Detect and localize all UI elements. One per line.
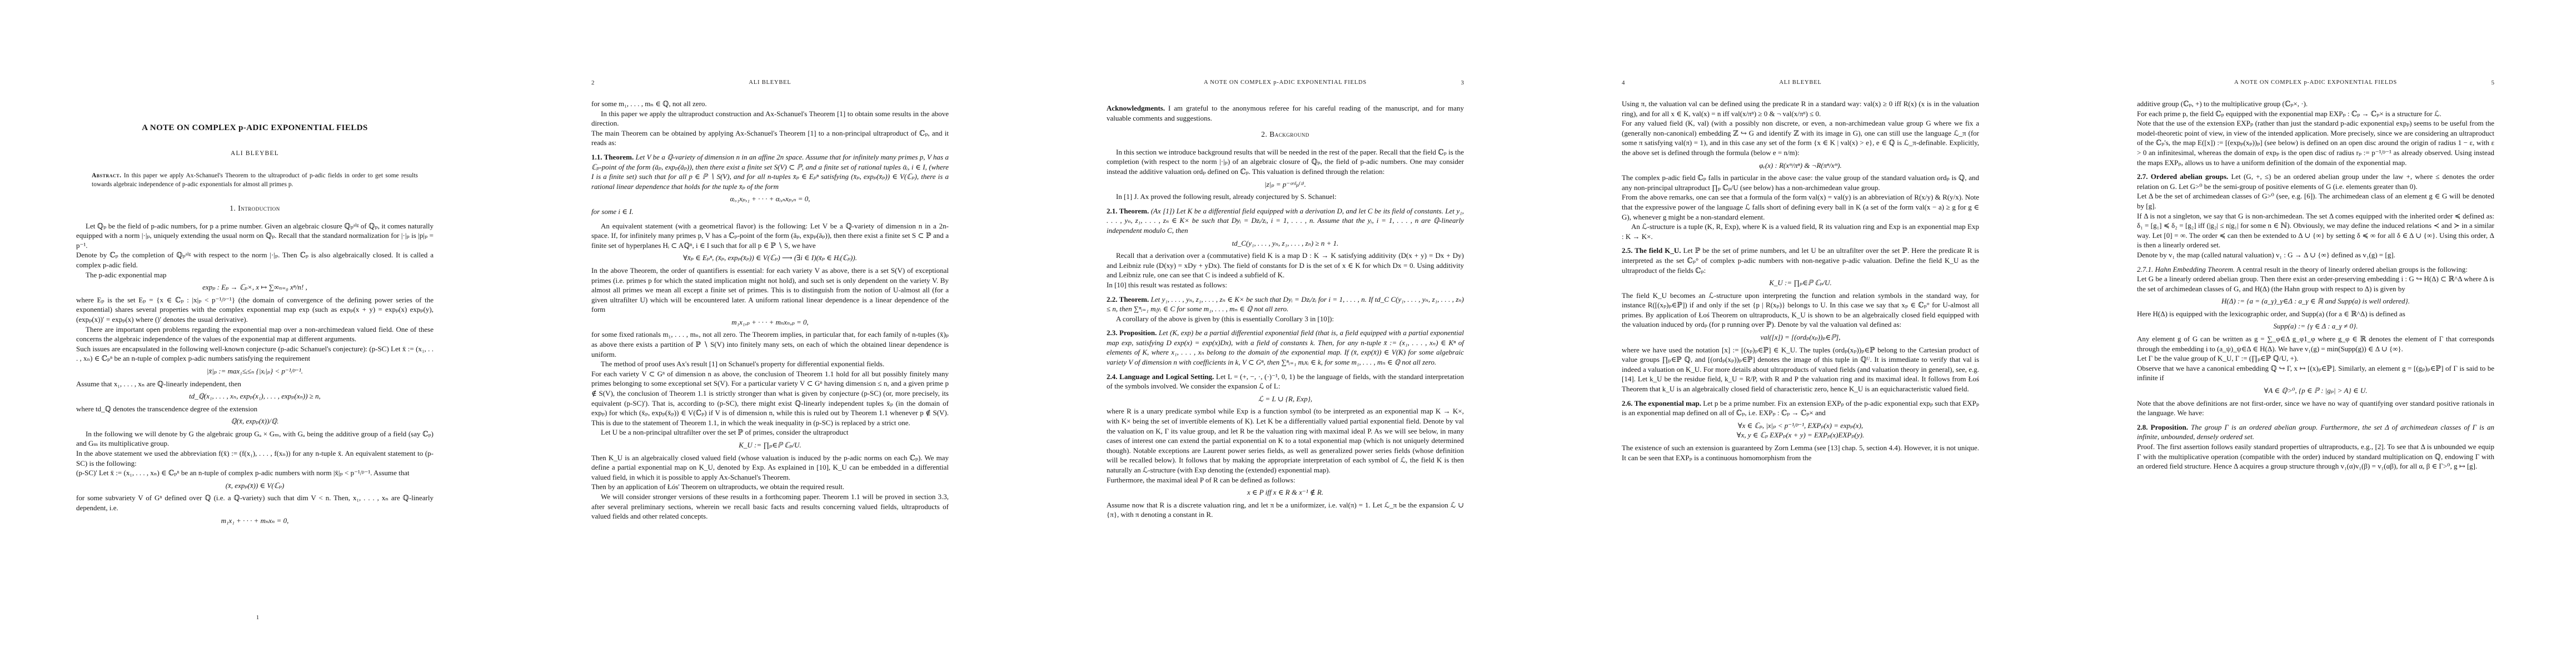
paragraph: The existence of such an extension is gu… xyxy=(1622,443,1979,462)
paper-page-5: A NOTE ON COMPLEX p-ADIC EXPONENTIAL FIE… xyxy=(2061,0,2576,667)
block-label: 1.1. Theorem. xyxy=(591,153,634,161)
theorem-block: 2.1. Theorem. (Ax [1]) Let K be a differ… xyxy=(1107,206,1464,236)
page-body: Acknowledgments. I am grateful to the an… xyxy=(1107,99,1464,520)
paragraph: The main Theorem can be obtained by appl… xyxy=(591,128,949,148)
paragraph: for some fixed rationals m₁, . . . , mₙ,… xyxy=(591,330,949,359)
display-equation: val([x]) = [(ordₚ(xₚ))ₚ∈ℙ], xyxy=(1622,332,1979,342)
display-equation: K_U := ∏ₚ∈ℙ ℂₚ/U. xyxy=(1622,278,1979,288)
paragraph: Any element g of G can be written as g =… xyxy=(2137,334,2494,354)
display-equation: expₚ : Eₚ → ℂₚ×, x ↦ ∑∞ₙ₌₀ xⁿ/n! , xyxy=(76,282,434,292)
paragraph: In this paper we apply the ultraproduct … xyxy=(591,109,949,128)
display-equation: td_C(y₁, . . . , yₙ, z₁, . . . , zₙ) ≥ n… xyxy=(1107,238,1464,248)
paragraph: The field K_U becomes an ℒ-structure upo… xyxy=(1622,291,1979,330)
block-text: (Ax [1]) Let K be a differential field e… xyxy=(1107,207,1464,235)
display-equation: ℒ = L ∪ {R, Exp}, xyxy=(1107,394,1464,404)
page-body: A NOTE ON COMPLEX p-ADIC EXPONENTIAL FIE… xyxy=(76,123,434,528)
page-body: additive group (ℂₚ, +) to the multiplica… xyxy=(2137,99,2494,471)
paragraph: Note that the use of the extension EXPₚ … xyxy=(2137,118,2494,167)
block-text: Let V be a ℚ-variety of dimension n in a… xyxy=(591,153,949,191)
paragraph: In the above Theorem, the order of quant… xyxy=(591,266,949,315)
paragraph: for some subvariety V of Gⁿ defined over… xyxy=(76,493,434,512)
block-label: 2.8. Proposition. xyxy=(2137,423,2188,431)
paper-page-4: ALI BLEYBEL4Using π, the valuation val c… xyxy=(1546,0,2061,667)
subsection-block: Acknowledgments. I am grateful to the an… xyxy=(1107,103,1464,123)
paper-page-1: A NOTE ON COMPLEX p-ADIC EXPONENTIAL FIE… xyxy=(0,0,515,667)
paragraph: An equivalent statement (with a geometri… xyxy=(591,221,949,251)
page-body: Using π, the valuation val can be define… xyxy=(1622,99,1979,462)
subsubsection-block: 2.7.1. Hahn Embedding Theorem. A central… xyxy=(2137,265,2494,275)
block-label: 2.2. Theorem. xyxy=(1107,295,1149,303)
paragraph: where we have used the notation [x] := [… xyxy=(1622,345,1979,394)
paragraph: The p-adic exponential map xyxy=(76,270,434,280)
paragraph: Using π, the valuation val can be define… xyxy=(1622,99,1979,118)
paragraph: Then by an application of Łós' Theorem o… xyxy=(591,482,949,492)
display-equation: Supp(a) := {γ ∈ Δ : a_γ ≠ 0}. xyxy=(2137,321,2494,331)
subsection-block: 2.7. Ordered abelian groups. Let (G, +, … xyxy=(2137,172,2494,191)
paragraph: Assume now that R is a discrete valuatio… xyxy=(1107,500,1464,520)
paragraph: Denote by ℂₚ the completion of ℚₚᵃˡᵍ wit… xyxy=(76,250,434,270)
paragraph: where td_ℚ denotes the transcendence deg… xyxy=(76,404,434,414)
paragraph: Let Δ be the set of archimedean classes … xyxy=(2137,191,2494,211)
section-heading: 2. Background xyxy=(1107,130,1464,140)
theorem-block: 2.2. Theorem. Let y₁, . . . , yₙ, z₁, . … xyxy=(1107,295,1464,314)
block-label: 2.7.1. Hahn Embedding Theorem. xyxy=(2137,265,2235,273)
running-header: ALI BLEYBEL2 xyxy=(591,79,949,86)
paragraph: For any valued field (K, val) (with a po… xyxy=(1622,118,1979,157)
paragraph: where R is a unary predicate symbol whil… xyxy=(1107,406,1464,475)
theorem-block: 1.1. Theorem. Let V be a ℚ-variety of di… xyxy=(591,152,949,191)
block-text: Let (K, exp) be a partial differential e… xyxy=(1107,328,1464,366)
paragraph: Observe that we have a canonical embeddi… xyxy=(2137,364,2494,383)
paragraph: Such issues are encapsulated in the foll… xyxy=(76,344,434,364)
paragraph: We will consider stronger versions of th… xyxy=(591,492,949,521)
paragraph: If Δ is not a singleton, we say that G i… xyxy=(2137,211,2494,250)
paragraph: In this section we introduce background … xyxy=(1107,147,1464,177)
paragraph: for some m₁, . . . , mₙ ∈ ℚ, not all zer… xyxy=(591,99,949,109)
paragraph: There are important open problems regard… xyxy=(76,325,434,344)
display-equation: H(Δ) := {a = (a_γ)_γ∈Δ : a_γ ∈ ℝ and Sup… xyxy=(2137,296,2494,306)
display-equation: K_U := ∏ₚ∈ℙ ℂₚ/U. xyxy=(591,440,949,450)
display-equation: φₑ(x) : R(xᵐ/πⁿ) & ¬R(πⁿ/xᵐ). xyxy=(1622,161,1979,171)
section-heading: 1. Introduction xyxy=(76,203,434,213)
block-label: Acknowledgments. xyxy=(1107,104,1165,112)
paragraph: Denote by v₁ the map (called natural val… xyxy=(2137,250,2494,260)
running-header-title: A NOTE ON COMPLEX p-ADIC EXPONENTIAL FIE… xyxy=(2137,79,2494,86)
paragraph: Proof. The first assertion follows easil… xyxy=(2137,442,2494,471)
running-header: A NOTE ON COMPLEX p-ADIC EXPONENTIAL FIE… xyxy=(2137,79,2494,86)
paragraph: Then K_U is an algebraically closed valu… xyxy=(591,453,949,482)
paragraph: Let U be a non-principal ultrafilter ove… xyxy=(591,427,949,437)
paper-canvas: arXiv:1811.04683v1 [math.LO] 12 Nov 2018… xyxy=(0,0,2576,667)
theorem-block: 2.3. Proposition. Let (K, exp) be a part… xyxy=(1107,328,1464,367)
paper-page-3: A NOTE ON COMPLEX p-ADIC EXPONENTIAL FIE… xyxy=(1030,0,1546,667)
theorem-block: 2.8. Proposition. The group Γ is an orde… xyxy=(2137,422,2494,442)
display-equation: ∀x̄ₚ ∈ Eₚⁿ, (x̄ₚ, expₚ(x̄ₚ)) ∈ V(ℂₚ) ⟶ (… xyxy=(591,253,949,263)
paragraph: Assume that x₁, . . . , xₙ are ℚ-linearl… xyxy=(76,379,434,389)
paragraph: Here H(Δ) is equipped with the lexicogra… xyxy=(2137,309,2494,319)
block-label: 2.7. Ordered abelian groups. xyxy=(2137,172,2228,181)
block-label: 2.4. Language and Logical Setting. xyxy=(1107,372,1214,381)
running-header-title: ALI BLEYBEL xyxy=(1622,79,1979,86)
display-equation: (x̄, expₚ(x̄)) ∈ V(ℂₚ) xyxy=(76,481,434,491)
paragraph: In [1] J. Ax proved the following result… xyxy=(1107,192,1464,202)
running-header-title: ALI BLEYBEL xyxy=(591,79,949,86)
block-label: 2.3. Proposition. xyxy=(1107,328,1157,337)
subsection-block: 2.6. The exponential map. Let p be a pri… xyxy=(1622,399,1979,418)
block-label: 2.5. The field K_U. xyxy=(1622,246,1681,255)
display-equation: |x̄|ₚ := max₁≤ᵢ≤ₙ {|xᵢ|ₚ} < p⁻¹/ᵖ⁻¹. xyxy=(76,366,434,376)
paper-page-2: ALI BLEYBEL2for some m₁, . . . , mₙ ∈ ℚ,… xyxy=(515,0,1030,667)
paragraph: Let ℚₚ be the field of p-adic numbers, f… xyxy=(76,221,434,251)
subsection-block: 2.4. Language and Logical Setting. Let L… xyxy=(1107,372,1464,391)
paragraph: Note that the above definitions are not … xyxy=(2137,399,2494,418)
display-equation: m₁x₁,ₚ + · · · + mₙxₙ,ₚ = 0, xyxy=(591,317,949,327)
running-header-title: A NOTE ON COMPLEX p-ADIC EXPONENTIAL FIE… xyxy=(1107,79,1464,86)
running-header: ALI BLEYBEL4 xyxy=(1622,79,1979,86)
display-equation: m₁x₁ + · · · + mₙxₙ = 0, xyxy=(76,516,434,526)
display-equation: αᵢ,₁xₚ,₁ + · · · + αᵢ,ₙxₚ,ₙ = 0, xyxy=(591,194,949,204)
paragraph: In the following we will denote by G the… xyxy=(76,429,434,449)
block-label: Abstract. xyxy=(92,172,121,179)
paragraph: Recall that a derivation over a (commuta… xyxy=(1107,251,1464,280)
paragraph: (p-SC)' Let x̄ := (x₁, . . . , xₙ) ∈ ℂₚⁿ… xyxy=(76,468,434,478)
abstract: Abstract. In this paper we apply Ax-Scha… xyxy=(92,172,418,189)
paragraph: for some i ∈ I. xyxy=(591,207,949,217)
display-equation: ∀A ∈ ℚ˃⁰, {p ∈ ℙ : |gₚ| > A} ∈ U. xyxy=(2137,386,2494,396)
paragraph: In [10] this result was restated as foll… xyxy=(1107,280,1464,290)
block-text: A central result in the theory of linear… xyxy=(2235,265,2468,273)
paper-author: ALI BLEYBEL xyxy=(76,149,434,159)
block-text: In this paper we apply Ax-Schanuel's The… xyxy=(92,172,418,187)
paragraph: In the above statement we used the abbre… xyxy=(76,449,434,468)
block-text: Let y₁, . . . , yₙ, z₁, . . . , zₙ ∈ K× … xyxy=(1107,295,1464,313)
paragraph: where Eₚ is the set Eₚ = {x ∈ ℂₚ : |x|ₚ … xyxy=(76,295,434,325)
paragraph: Let G be a linearly ordered abelian grou… xyxy=(2137,274,2494,293)
paragraph: The complex p-adic field ℂₚ falls in par… xyxy=(1622,173,1979,192)
paragraph: Furthermore, the maximal ideal P of R ca… xyxy=(1107,475,1464,485)
paragraph: Let Γ be the value group of K_U, Γ := (∏… xyxy=(2137,354,2494,364)
paragraph: additive group (ℂₚ, +) to the multiplica… xyxy=(2137,99,2494,109)
display-equation: |z|ₚ = p⁻ᵒʳᵈₚ⁽ᶻ⁾. xyxy=(1107,180,1464,190)
block-label: 2.6. The exponential map. xyxy=(1622,399,1701,407)
paragraph: An ℒ-structure is a tuple (K, R, Exp), w… xyxy=(1622,222,1979,241)
running-header: A NOTE ON COMPLEX p-ADIC EXPONENTIAL FIE… xyxy=(1107,79,1464,86)
page-body: for some m₁, . . . , mₙ ∈ ℚ, not all zer… xyxy=(591,99,949,521)
display-equation: td_ℚ(x₁, . . . , xₙ, expₚ(x₁), . . . , e… xyxy=(76,391,434,401)
block-text: The group Γ is an ordered abelian group.… xyxy=(2137,423,2494,441)
block-label: 2.1. Theorem. xyxy=(1107,207,1149,215)
display-equation: x ∈ P iff x ∈ R & x⁻¹ ∉ R. xyxy=(1107,487,1464,497)
paragraph: For each prime p, the field ℂₚ equipped … xyxy=(2137,109,2494,119)
display-equation: ℚ(x̄, expₚ(x̄))/ℚ. xyxy=(76,416,434,426)
paragraph: From the above remarks, one can see that… xyxy=(1622,192,1979,222)
paper-title: A NOTE ON COMPLEX p-ADIC EXPONENTIAL FIE… xyxy=(76,123,434,133)
paragraph: A corollary of the above is given by (th… xyxy=(1107,314,1464,324)
page-number: 1 xyxy=(0,614,515,621)
display-equation: ∀x ∈ ℂₚ, |x|ₚ < p⁻¹/ᵖ⁻¹, EXPₚ(x) = expₚ(… xyxy=(1622,421,1979,440)
subsection-block: 2.5. The field K_U. Let ℙ be the set of … xyxy=(1622,246,1979,275)
paragraph: The method of proof uses Ax's result [1]… xyxy=(591,359,949,369)
paragraph: For each variety V ⊂ Gⁿ of dimension n a… xyxy=(591,369,949,428)
